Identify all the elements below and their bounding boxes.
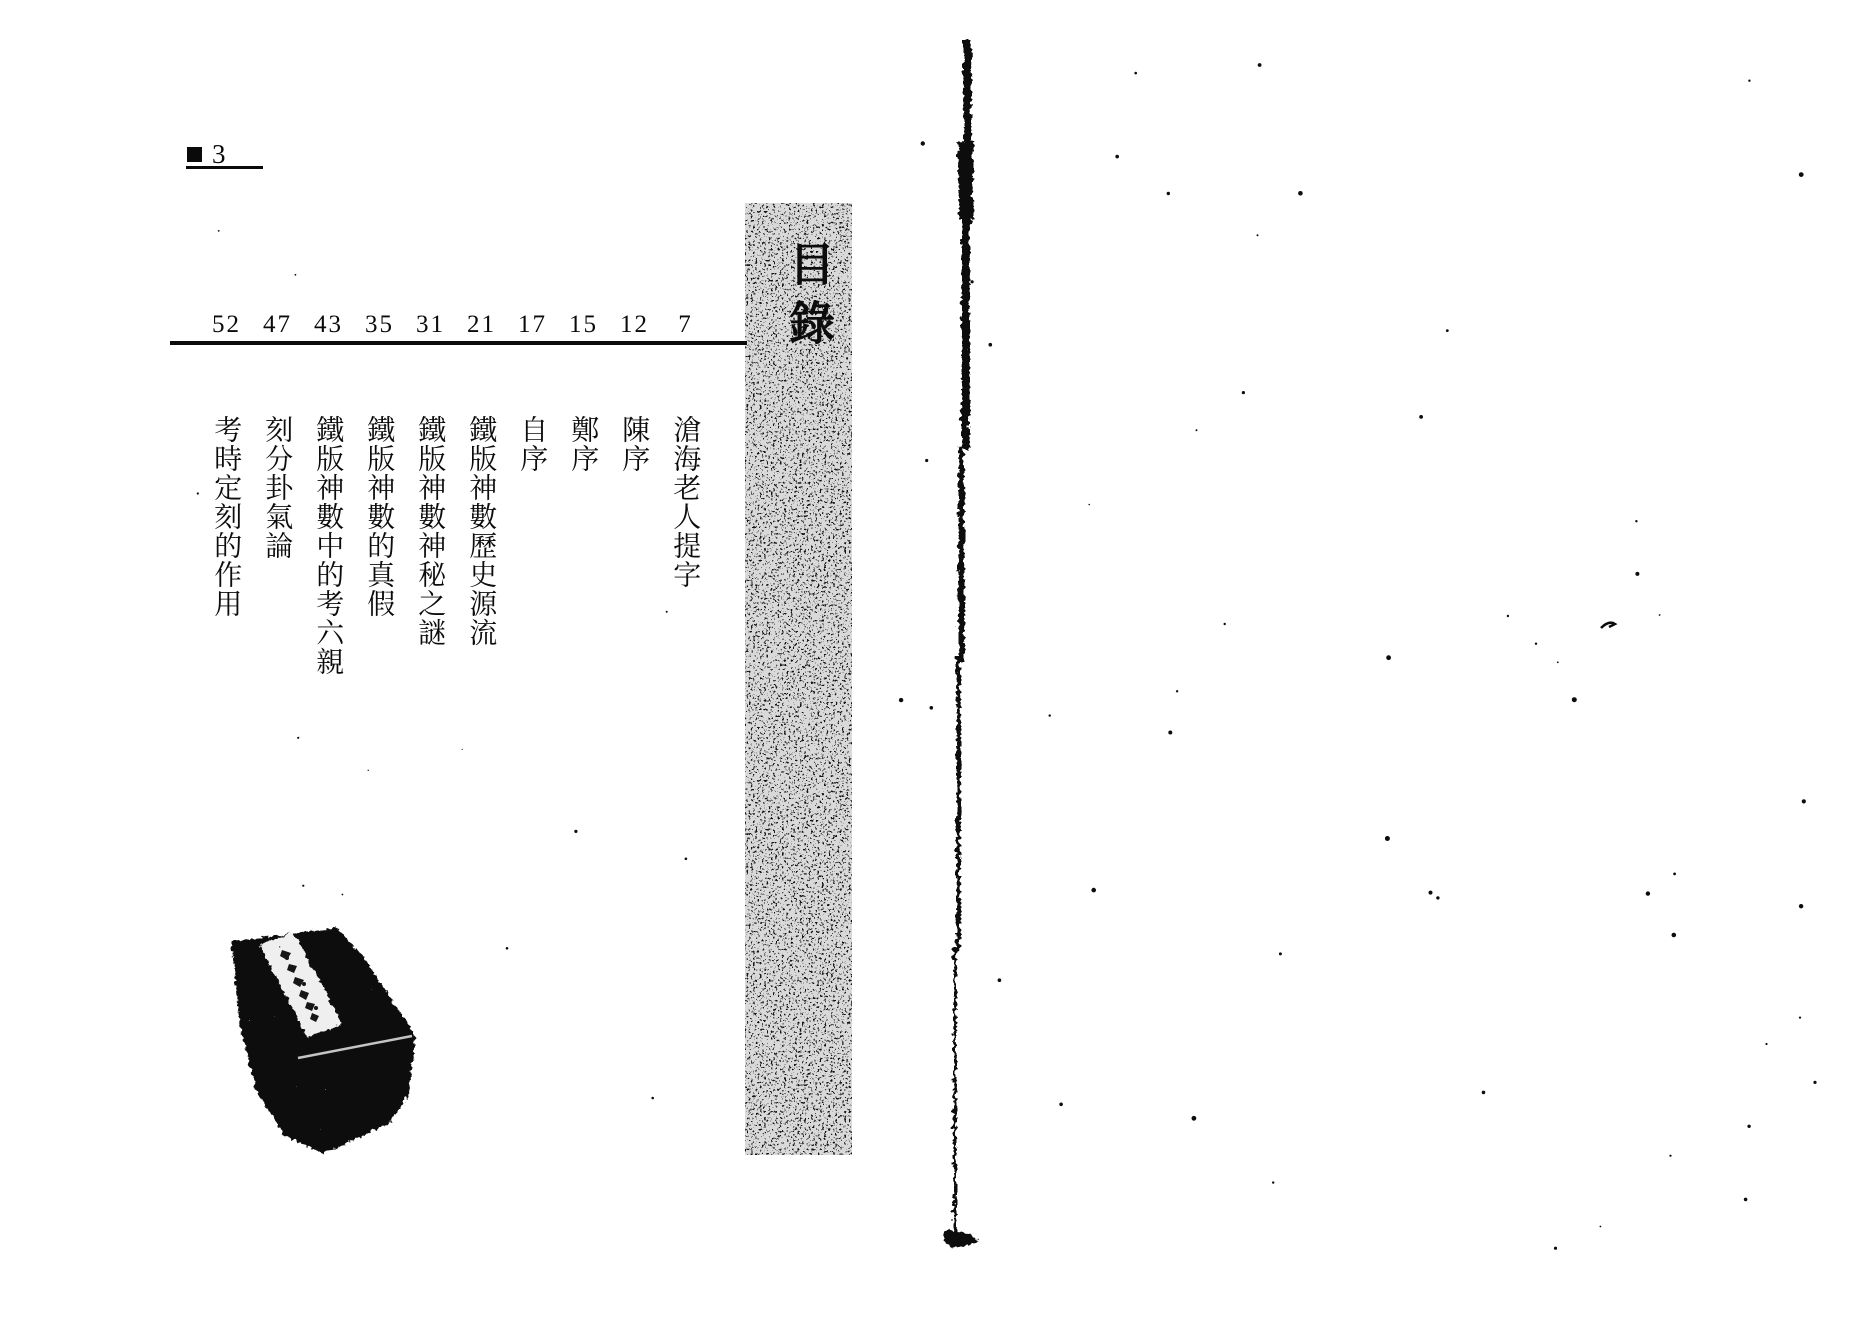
- toc-entry: 47 刻分卦氣論: [252, 312, 303, 676]
- toc-entry-title: 鐵版神數神秘之謎: [416, 415, 445, 647]
- toc-entry: 35 鐵版神數的真假: [354, 312, 405, 676]
- toc-entry-title: 鄭序: [569, 415, 598, 473]
- scan-smudge: [1601, 623, 1615, 628]
- book-spine-artifact: [930, 33, 990, 1247]
- toc-entry-title: 陳序: [620, 415, 649, 473]
- page-numbers-underline: [170, 341, 747, 345]
- contents-heading: 目錄: [776, 240, 842, 358]
- page-marker: 3: [187, 141, 226, 168]
- page-marker-number: 3: [212, 141, 226, 168]
- toc-entry-page-number: 17: [518, 312, 547, 338]
- toc-entry-title: 鐵版神數歷史源流: [467, 415, 496, 647]
- toc-entry-title: 自序: [518, 415, 547, 473]
- toc-entry-title: 滄海老人提字: [671, 415, 700, 589]
- toc-entry: 52 考時定刻的作用: [201, 312, 252, 676]
- toc-entry-page-number: 21: [467, 312, 496, 338]
- page-marker-underline: [186, 166, 263, 169]
- toc-entry-title: 鐵版神數中的考六親: [314, 415, 343, 676]
- toc-entry-title: 刻分卦氣論: [263, 415, 292, 560]
- toc-entry-page-number: 31: [416, 312, 445, 338]
- toc-entry-page-number: 7: [678, 312, 693, 338]
- toc-entry: 15 鄭序: [558, 312, 609, 676]
- toc-entry-page-number: 15: [569, 312, 598, 338]
- toc-entry-page-number: 43: [314, 312, 343, 338]
- toc-entry-title: 鐵版神數的真假: [365, 415, 394, 618]
- scanned-book-page: 3 目錄 7 滄海老人提字 12 陳序 15 鄭序 17 自序 21 鐵版神數歷…: [0, 0, 1869, 1320]
- toc-entry: 7 滄海老人提字: [660, 312, 711, 676]
- toc-entry-title: 考時定刻的作用: [212, 415, 241, 618]
- table-of-contents: 7 滄海老人提字 12 陳序 15 鄭序 17 自序 21 鐵版神數歷史源流 3…: [170, 312, 747, 676]
- toc-entry: 43 鐵版神數中的考六親: [303, 312, 354, 676]
- toc-entry-page-number: 35: [365, 312, 394, 338]
- box-photo: [205, 910, 435, 1170]
- toc-entry: 17 自序: [507, 312, 558, 676]
- page-marker-bullet-icon: [187, 147, 202, 162]
- toc-columns: 7 滄海老人提字 12 陳序 15 鄭序 17 自序 21 鐵版神數歷史源流 3…: [170, 312, 747, 676]
- toc-entry-page-number: 12: [620, 312, 649, 338]
- toc-entry-page-number: 47: [263, 312, 292, 338]
- toc-entry-page-number: 52: [212, 312, 241, 338]
- toc-entry: 12 陳序: [609, 312, 660, 676]
- toc-entry: 21 鐵版神數歷史源流: [456, 312, 507, 676]
- toc-entry: 31 鐵版神數神秘之謎: [405, 312, 456, 676]
